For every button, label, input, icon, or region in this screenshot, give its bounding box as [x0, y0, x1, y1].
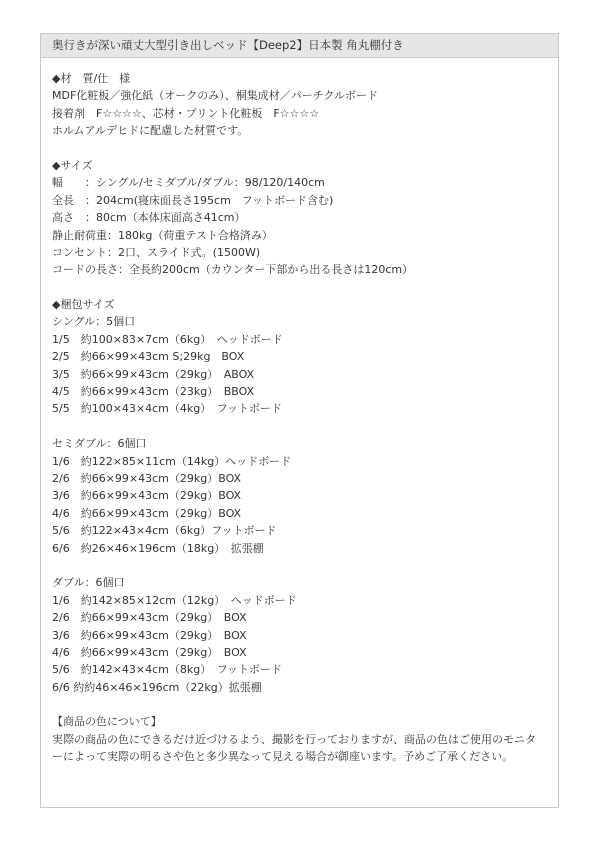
size-heading: ◆サイズ [52, 157, 558, 174]
packaging-group-double: ダブル：6個口 1/6 約142×85×12cm（12kg） ヘッドボード 2/… [52, 574, 558, 696]
packaging-item: 5/6 約122×43×4cm（6kg）フットボード [52, 522, 558, 539]
spec-title: 奥行きが深い頑丈大型引き出しベッド【Deep2】日本製 角丸棚付き [41, 34, 558, 58]
materials-heading: ◆材 質/仕 様 [52, 70, 558, 87]
packaging-item: 5/5 約100×43×4cm（4kg） フットボード [52, 400, 558, 417]
packaging-group-label: セミダブル：6個口 [52, 435, 558, 452]
packaging-item: 3/5 約66×99×43cm（29kg） ABOX [52, 366, 558, 383]
spacer [52, 418, 558, 435]
packaging-item: 3/6 約66×99×43cm（29kg）BOX [52, 487, 558, 504]
color-note-text: 実際の商品の色にできるだけ近づけるよう、撮影を行っておりますが、商品の色はご使用… [52, 731, 558, 766]
spec-body: ◆材 質/仕 様 MDF化粧板／強化紙（オークのみ）、桐集成材／パーチクルボード… [41, 58, 558, 766]
spacer [52, 696, 558, 713]
packaging-item: 1/6 約142×85×12cm（12kg） ヘッドボード [52, 592, 558, 609]
size-line: 静止耐荷重：180kg（荷重テスト合格済み） [52, 227, 558, 244]
packaging-item: 3/6 約66×99×43cm（29kg） BOX [52, 627, 558, 644]
materials-line: ホルムアルデヒドに配慮した材質です。 [52, 122, 558, 139]
spec-box: 奥行きが深い頑丈大型引き出しベッド【Deep2】日本製 角丸棚付き ◆材 質/仕… [40, 33, 559, 808]
packaging-group-semi-double: セミダブル：6個口 1/6 約122×85×11cm（14kg）ヘッドボード 2… [52, 435, 558, 557]
packaging-item: 5/6 約142×43×4cm（8kg） フットボード [52, 661, 558, 678]
size-line: 幅 ：シングル/セミダブル/ダブル：98/120/140cm [52, 174, 558, 191]
size-line: 全長 ：204cm(寝床面長さ195cm フットボード含む) [52, 192, 558, 209]
packaging-group-label: ダブル：6個口 [52, 574, 558, 591]
packaging-group-label: シングル：5個口 [52, 313, 558, 330]
spacer [52, 140, 558, 157]
color-note-heading: 【商品の色について】 [52, 713, 558, 730]
spacer [52, 279, 558, 296]
packaging-heading: ◆梱包サイズ [52, 296, 558, 313]
packaging-item: 6/6 約26×46×196cm（18kg） 拡張棚 [52, 540, 558, 557]
packaging-group-single: シングル：5個口 1/5 約100×83×7cm（6kg） ヘッドボード 2/5… [52, 313, 558, 417]
packaging-item: 4/5 約66×99×43cm（23kg） BBOX [52, 383, 558, 400]
spacer [52, 557, 558, 574]
size-line: コードの長さ：全長約200cm（カウンター下部から出る長さは120cm） [52, 261, 558, 278]
packaging-item: 4/6 約66×99×43cm（29kg） BOX [52, 644, 558, 661]
packaging-item: 2/6 約66×99×43cm（29kg）BOX [52, 470, 558, 487]
packaging-item: 4/6 約66×99×43cm（29kg）BOX [52, 505, 558, 522]
materials-line: 接着剤 F☆☆☆☆、芯材・プリント化粧板 F☆☆☆☆ [52, 105, 558, 122]
packaging-item: 6/6 約約46×46×196cm（22kg）拡張棚 [52, 679, 558, 696]
size-line: 高さ ：80cm（本体床面高さ41cm） [52, 209, 558, 226]
size-line: コンセント：2口、スライド式。(1500W) [52, 244, 558, 261]
packaging-item: 2/5 約66×99×43cm S;29kg BOX [52, 348, 558, 365]
packaging-item: 1/5 約100×83×7cm（6kg） ヘッドボード [52, 331, 558, 348]
packaging-item: 1/6 約122×85×11cm（14kg）ヘッドボード [52, 453, 558, 470]
packaging-item: 2/6 約66×99×43cm（29kg） BOX [52, 609, 558, 626]
materials-line: MDF化粧板／強化紙（オークのみ）、桐集成材／パーチクルボード [52, 87, 558, 104]
